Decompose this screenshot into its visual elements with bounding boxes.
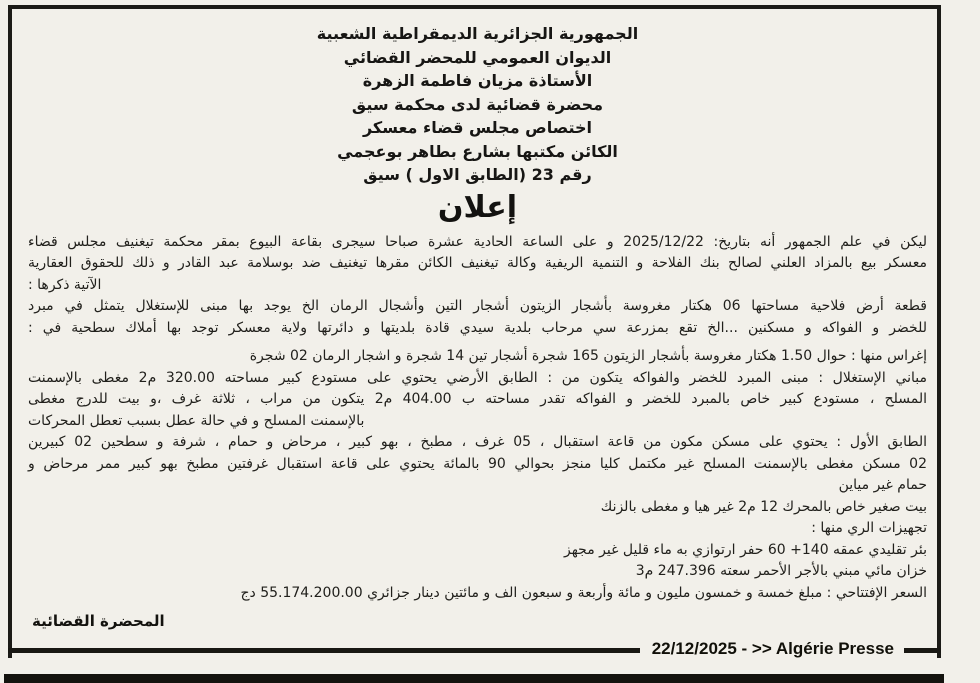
footer-rule-left (8, 648, 640, 653)
body-line: بيت صغير خاص بالمحرك 12 م2 غير هيا و مغط… (28, 497, 927, 519)
body-line: معسكر بيع بالمزاد العلني لصالح بنك الفلا… (28, 253, 927, 275)
scanned-announcement-page: الجمهورية الجزائرية الديمقراطية الشعبية … (0, 0, 980, 683)
body-line: إغراس منها : حوال 1.50 هكتار مغروسة بأشج… (28, 346, 927, 368)
header-line-court: محضرة قضائية لدى محكمة سيق (28, 93, 927, 117)
body-line: السعر الإفتتاحي : مبلغ خمسة و خمسون مليو… (28, 583, 927, 605)
body-line: بالإسمنت المسلح و في حالة عطل بسبب تعطل … (28, 411, 927, 433)
body-line: مباني الإستغلال : مبنى المبرد للخضر والف… (28, 368, 927, 390)
header-line-republic: الجمهورية الجزائرية الديمقراطية الشعبية (28, 22, 927, 46)
announcement-title: إعلان (28, 189, 927, 227)
footer-row: 22/12/2025 - >> Algérie Presse (8, 639, 941, 661)
announcement-body: ليكن في علم الجمهور أنه بتاريخ: 2025/12/… (28, 232, 927, 605)
header-line-address: الكائن مكتبها بشارع بطاهر بوعجمي (28, 140, 927, 164)
header-line-bailiff-name: الأستاذة مزيان فاطمة الزهرة (28, 69, 927, 93)
footer-date-source: 22/12/2025 - >> Algérie Presse (640, 639, 904, 661)
body-line: المسلح ، مستودع كبير خاص بالمبرد للخضر و… (28, 389, 927, 411)
header-line-jurisdiction: اختصاص مجلس قضاء معسكر (28, 116, 927, 140)
body-line: تجهيزات الري منها : (28, 518, 927, 540)
body-line: الآتية ذكرها : (28, 275, 927, 297)
body-line: قطعة أرض فلاحية مساحتها 06 هكتار مغروسة … (28, 296, 927, 318)
bottom-scan-bar (4, 674, 944, 683)
body-line: 02 مسكن مغطى بالإسمنت المسلح غير مكتمل ك… (28, 454, 927, 476)
body-line: الطابق الأول : يحتوي على مسكن مكون من قا… (28, 432, 927, 454)
footer-rule-right (904, 648, 941, 653)
header-block: الجمهورية الجزائرية الديمقراطية الشعبية … (28, 22, 927, 187)
announcement-frame: الجمهورية الجزائرية الديمقراطية الشعبية … (8, 5, 941, 658)
body-line: حمام غير مياين (28, 475, 927, 497)
body-line: خزان مائي مبني بالأجر الأحمر سعته 247.39… (28, 561, 927, 583)
header-line-office: الديوان العمومي للمحضر القضائي (28, 46, 927, 70)
body-line: ليكن في علم الجمهور أنه بتاريخ: 2025/12/… (28, 232, 927, 254)
bailiff-signature: المحضرة القضائية (28, 611, 927, 632)
body-line: للخضر و الفواكه و مسكنين ...الخ تقع بمزر… (28, 318, 927, 340)
body-line: بئر تقليدي عمقه ‎60 +140‎ حفر ارتوازي به… (28, 540, 927, 562)
header-line-number: رقم 23 (الطابق الاول ) سيق (28, 163, 927, 187)
